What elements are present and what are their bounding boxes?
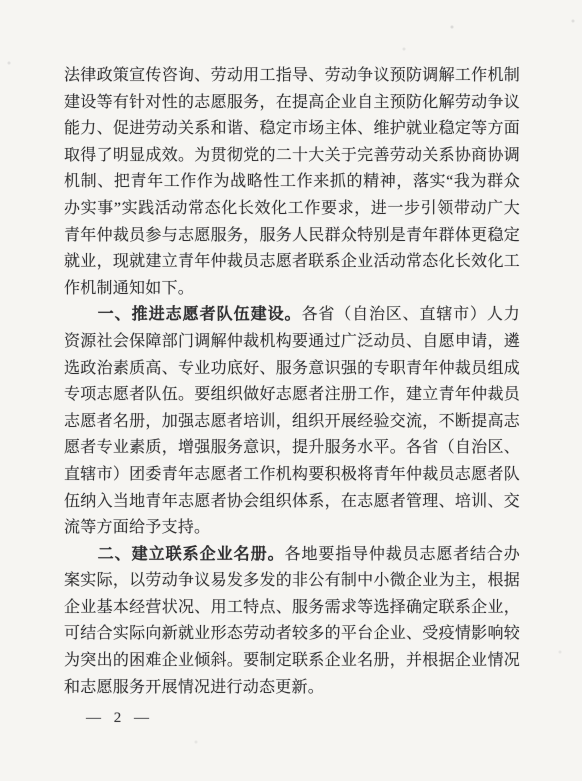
document-page: 法律政策宣传咨询、劳动用工指导、劳动争议预防调解工作机制建设等有针对性的志愿服务… bbox=[0, 0, 582, 781]
paragraph-section-2: 二、建立联系企业名册。各地要指导仲裁员志愿者结合办案实际，以劳动争议易发多发的非… bbox=[64, 542, 520, 702]
document-body: 法律政策宣传咨询、劳动用工指导、劳动争议预防调解工作机制建设等有针对性的志愿服务… bbox=[64, 63, 520, 701]
paragraph-text: 各省（自治区、直辖市）人力资源社会保障部门调解仲裁机构要通过广泛动员、自愿申请，… bbox=[64, 306, 520, 536]
paragraph-section-1: 一、推进志愿者队伍建设。各省（自治区、直辖市）人力资源社会保障部门调解仲裁机构要… bbox=[64, 302, 520, 541]
section-2-heading: 二、建立联系企业名册。 bbox=[98, 546, 285, 563]
section-1-heading: 一、推进志愿者队伍建设。 bbox=[98, 306, 302, 323]
page-number: — 2 — bbox=[86, 707, 150, 729]
paragraph-continuation: 法律政策宣传咨询、劳动用工指导、劳动争议预防调解工作机制建设等有针对性的志愿服务… bbox=[64, 63, 520, 302]
paragraph-text: 法律政策宣传咨询、劳动用工指导、劳动争议预防调解工作机制建设等有针对性的志愿服务… bbox=[64, 67, 520, 297]
paragraph-text: 各地要指导仲裁员志愿者结合办案实际，以劳动争议易发多发的非公有制中小微企业为主，… bbox=[64, 546, 520, 696]
